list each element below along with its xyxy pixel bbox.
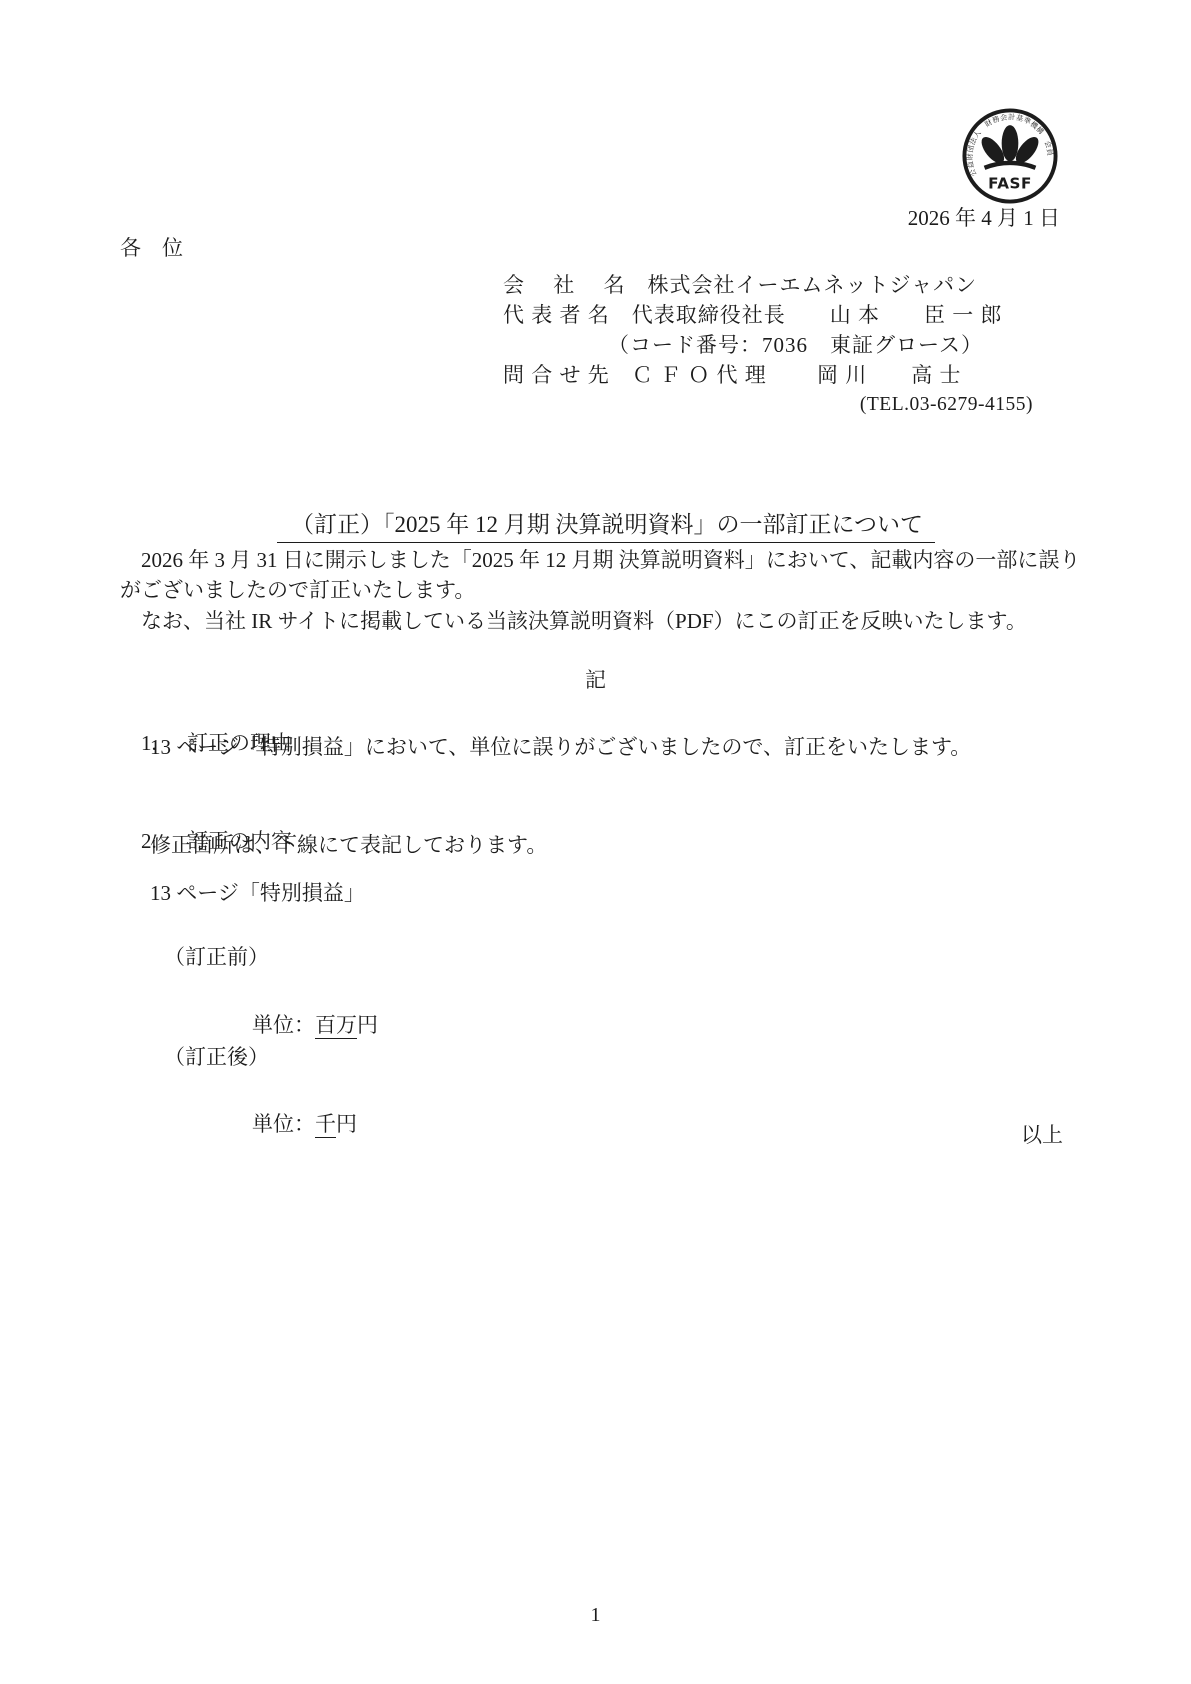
- company-name-line: 会 社 名 株式会社イーエムネットジャパン: [503, 270, 1033, 300]
- before-correction-label: （訂正前）: [164, 942, 269, 972]
- leaf-center-icon: [1002, 125, 1019, 161]
- intro-line-3: なお、当社 IR サイトに掲載している当該決算説明資料（PDF）にこの訂正を反映…: [120, 606, 1027, 636]
- intro-line-2: がございましたので訂正いたします。: [120, 575, 475, 605]
- fasf-logo: 公益財団法人 財務会計基準機構 会員 FASF: [961, 107, 1059, 205]
- recipient: 各 位: [120, 233, 183, 263]
- document-title: （訂正）「2025 年 12 月期 決算説明資料」の一部訂正について: [277, 512, 935, 543]
- record-mark: 記: [0, 665, 1191, 695]
- press-release-page: 公益財団法人 財務会計基準機構 会員 FASF 2026 年 4 月 1 日 各…: [0, 0, 1191, 1684]
- before-unit-underlined: 百万: [315, 1013, 357, 1039]
- intro-line-1: 2026 年 3 月 31 日に開示しました「2025 年 12 月期 決算説明…: [120, 545, 1080, 575]
- page-number: 1: [0, 1600, 1191, 1630]
- before-unit-prefix: 単位：: [252, 1013, 315, 1037]
- correction-target: 13 ページ「特別損益」: [150, 878, 365, 908]
- fasf-logo-text: FASF: [988, 174, 1032, 192]
- closing-mark: 以上: [1021, 1120, 1063, 1150]
- before-unit-suffix: 円: [357, 1013, 378, 1037]
- contact-line: 問 合 せ 先 Ｃ Ｆ Ｏ 代 理 岡 川 高 士: [503, 360, 1033, 390]
- section-1-body: 13 ページ「特別損益」において、単位に誤りがございましたので、訂正をいたします…: [150, 732, 971, 762]
- after-correction-unit: 単位：千円: [231, 1079, 357, 1169]
- after-correction-label: （訂正後）: [164, 1042, 269, 1072]
- representative-line: 代 表 者 名 代表取締役社長 山 本 臣 一 郎: [503, 300, 1033, 330]
- sender-block: 会 社 名 株式会社イーエムネットジャパン 代 表 者 名 代表取締役社長 山 …: [503, 270, 1033, 420]
- after-unit-suffix: 円: [336, 1112, 357, 1136]
- fasf-logo-icon: 公益財団法人 財務会計基準機構 会員 FASF: [961, 107, 1059, 205]
- after-unit-underlined: 千: [315, 1112, 336, 1138]
- section-2-body: 修正箇所は、下線にて表記しております。: [150, 830, 547, 860]
- document-date: 2026 年 4 月 1 日: [908, 203, 1060, 233]
- stock-code-line: （コード番号：7036 東証グロース）: [503, 330, 1033, 360]
- after-unit-prefix: 単位：: [252, 1112, 315, 1136]
- telephone-line: (TEL.03-6279-4155): [503, 390, 1033, 420]
